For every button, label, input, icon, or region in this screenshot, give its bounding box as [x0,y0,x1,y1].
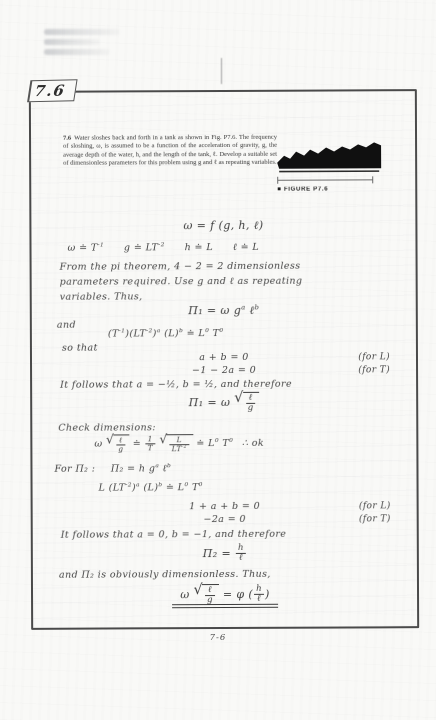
solution-line: (T-1)(LT-2)a (L)b ≐ L0 T0 [108,328,224,341]
solution-line: and Π₂ is obviously dimensionless. Thus, [59,570,271,582]
solution-line: variables. Thus, [60,292,143,303]
equation-dimension-label: (for L) [359,501,391,511]
solution-line: L (LT-2)a (L)b ≐ L0 T0 [99,482,203,495]
solution-line: −1 − 2a = 0(for T) [32,365,416,378]
solution-line: ω √ℓg = φ (hℓ) [33,583,417,606]
solution-line: ω √ℓg ≐ 1T √LLT-2 ≐ L0 T0 ∴ ok [94,434,264,453]
solution-line: 1 + a + b = 0(for L) [33,501,417,514]
solution-box: 7.6 7.6Water sloshes back and forth in a… [29,89,419,630]
equation-dimension-label: (for L) [358,352,390,362]
pencil-note-line [44,39,100,45]
scanned-solution-page: 7.6 7.6Water sloshes back and forth in a… [0,0,436,720]
solution-line: ω = f (g, h, ℓ) [31,219,415,233]
faint-pencil-note [44,29,134,59]
fold-mark [221,58,222,84]
equation-dimension-label: (for T) [358,365,390,375]
pencil-note-line [44,29,120,35]
solution-line: and [57,321,76,332]
solution-line: It follows that a = −½, b = ½, and there… [60,380,292,392]
solution-line: Π₁ = ω √ℓg [32,391,416,414]
solution-line: For Π₂ : Π₂ = h ga ℓb [54,463,171,476]
solution-line: Π₁ = ω ga ℓb [32,303,416,318]
equation-dimension-label: (for T) [359,514,391,524]
solution-line: −2a = 0(for T) [33,514,417,527]
solution-line: ω ≐ T-1 g ≐ LT-2 h ≐ L ℓ ≐ L [67,242,259,255]
pencil-note-line [44,49,110,55]
handwritten-solution: ω = f (g, h, ℓ)ω ≐ T-1 g ≐ LT-2 h ≐ L ℓ … [31,91,417,628]
solution-line: It follows that a = 0, b = −1, and there… [61,530,287,542]
solution-line: From the pi theorem, 4 − 2 = 2 dimension… [60,262,301,274]
solution-line: a + b = 0(for L) [32,352,416,365]
page-number: 7-6 [0,633,436,643]
solution-line: Π₂ = hℓ [33,543,417,564]
solution-line: parameters required. Use g and ℓ as repe… [60,277,303,289]
